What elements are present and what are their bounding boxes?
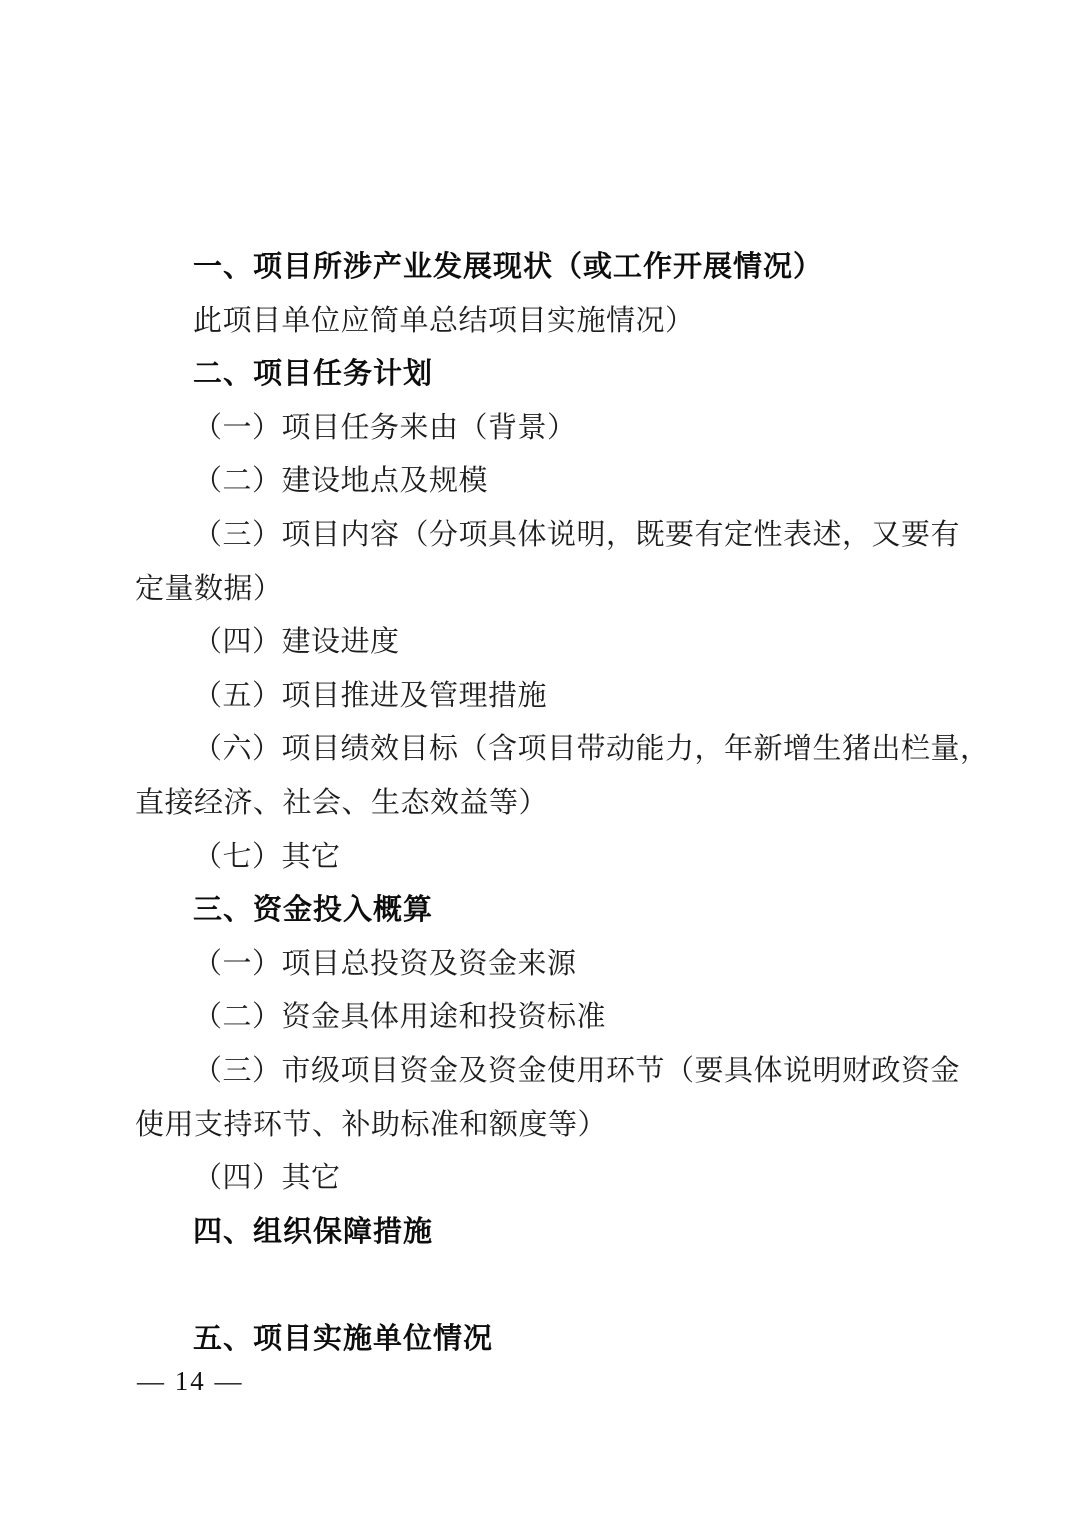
section-heading: 五、项目实施单位情况 <box>135 1313 947 1367</box>
section-heading: 一、项目所涉产业发展现状（或工作开展情况） <box>135 241 947 295</box>
document-body: 一、项目所涉产业发展现状（或工作开展情况）此项目单位应简单总结项目实施情况）二、… <box>135 241 947 1366</box>
paragraph-line: （六）项目绩效目标（含项目带动能力，年新增生猪出栏量， <box>135 723 947 777</box>
paragraph-line <box>135 1259 947 1313</box>
paragraph-line: （三）市级项目资金及资金使用环节（要具体说明财政资金 <box>135 1045 947 1099</box>
paragraph-line: （三）项目内容（分项具体说明，既要有定性表述，又要有 <box>135 509 947 563</box>
page-footer: — 14 — <box>137 1364 244 1398</box>
paragraph-line: （四）其它 <box>135 1152 947 1206</box>
section-heading: 二、项目任务计划 <box>135 348 947 402</box>
paragraph-line: 直接经济、社会、生态效益等） <box>135 777 947 831</box>
section-heading: 四、组织保障措施 <box>135 1206 947 1260</box>
paragraph-line: （五）项目推进及管理措施 <box>135 670 947 724</box>
page-number: — 14 — <box>137 1366 244 1396</box>
paragraph-line: （二）建设地点及规模 <box>135 455 947 509</box>
paragraph-line: 此项目单位应简单总结项目实施情况） <box>135 295 947 349</box>
paragraph-line: （二）资金具体用途和投资标准 <box>135 991 947 1045</box>
paragraph-line: （七）其它 <box>135 831 947 885</box>
section-heading: 三、资金投入概算 <box>135 884 947 938</box>
paragraph-line: 使用支持环节、补助标准和额度等） <box>135 1099 947 1153</box>
paragraph-line: （四）建设进度 <box>135 616 947 670</box>
paragraph-line: （一）项目总投资及资金来源 <box>135 938 947 992</box>
paragraph-line: 定量数据） <box>135 563 947 617</box>
paragraph-line: （一）项目任务来由（背景） <box>135 402 947 456</box>
